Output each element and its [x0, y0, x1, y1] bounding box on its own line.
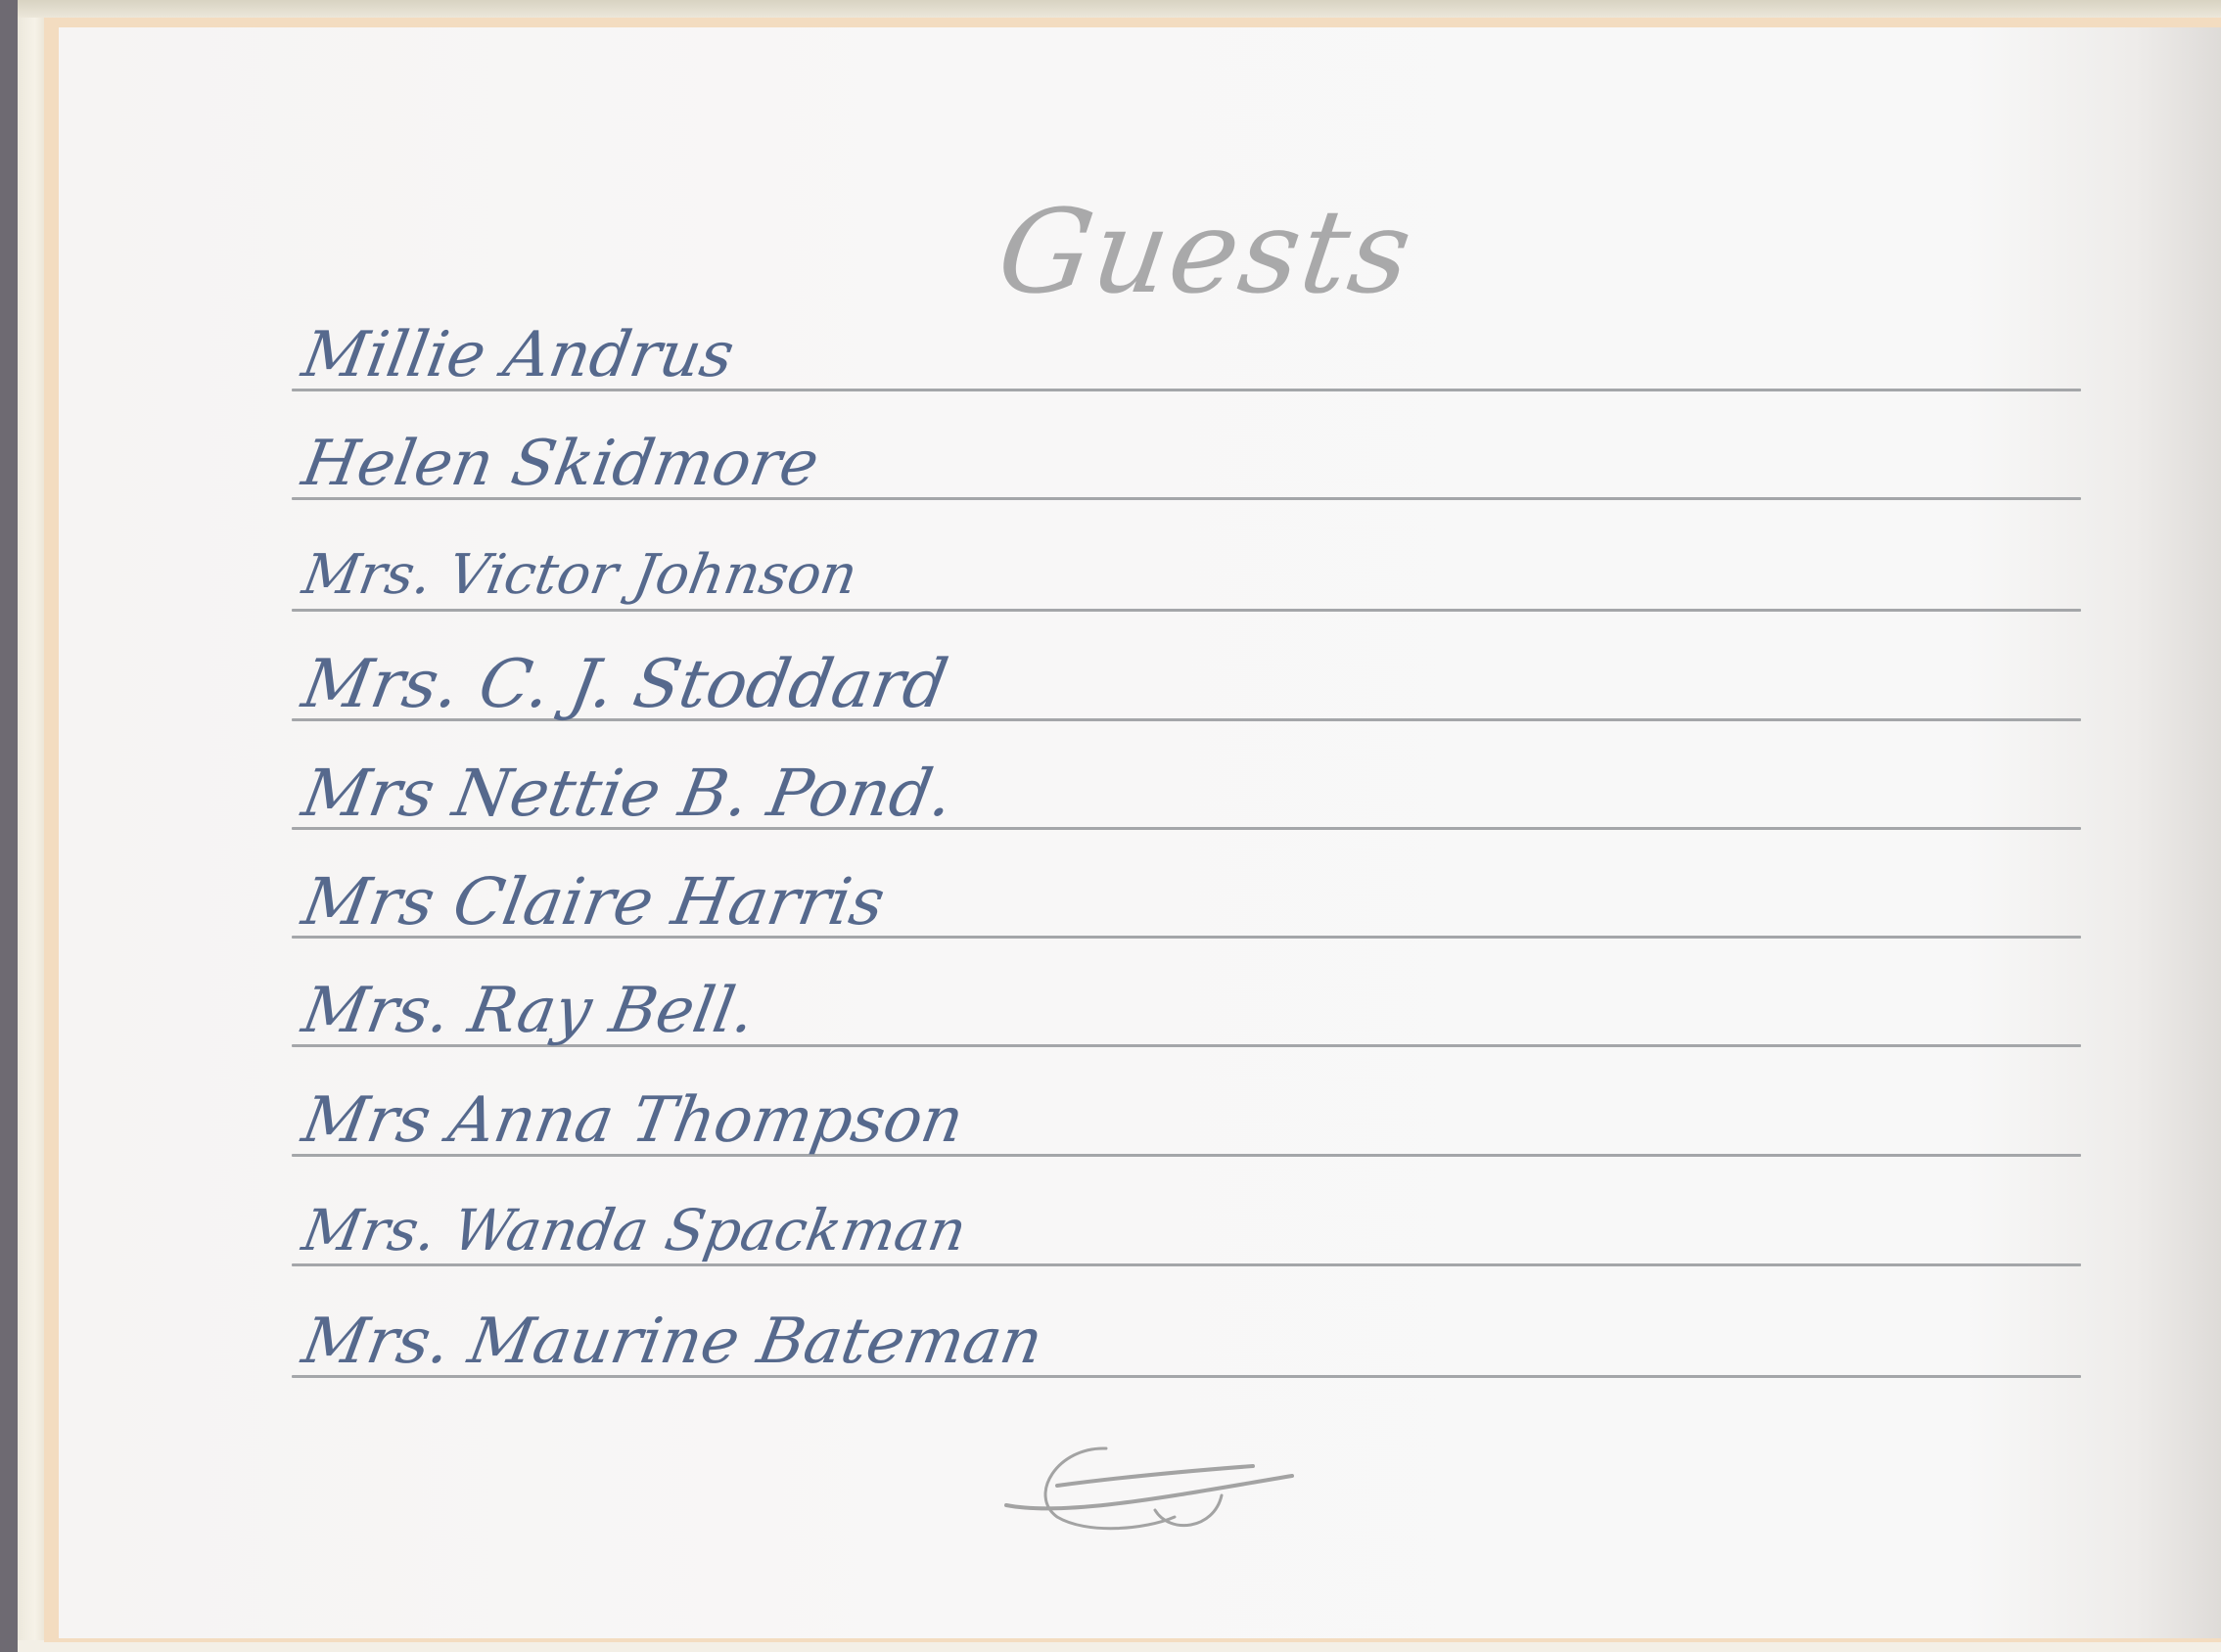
guest-entry: Mrs. Maurine Bateman: [296, 1298, 1049, 1386]
guest-entry: Millie Andrus: [296, 311, 741, 399]
book-cover-top-edge: [18, 0, 2221, 18]
flourish-ornament-icon: [998, 1437, 1312, 1544]
guest-entry: Mrs Claire Harris: [296, 858, 891, 946]
guestbook-page: Guests Millie Andrus Helen Skidmore Mrs.…: [59, 27, 2221, 1638]
guest-entry: Helen Skidmore: [296, 420, 825, 508]
book-cover-left-edge: [18, 0, 47, 1652]
guest-entry: Mrs Nettie B. Pond.: [296, 750, 960, 838]
guest-entry: Mrs. C. J. Stoddard: [296, 641, 954, 729]
page-title: Guests: [988, 184, 1362, 341]
guest-entry: Mrs. Ray Bell.: [296, 967, 762, 1055]
book-spine: [0, 0, 18, 1652]
guest-entry: Mrs Anna Thompson: [296, 1077, 970, 1165]
guest-entry: Mrs. Victor Johnson: [296, 531, 864, 619]
guest-entry: Mrs. Wanda Spackman: [296, 1186, 973, 1274]
